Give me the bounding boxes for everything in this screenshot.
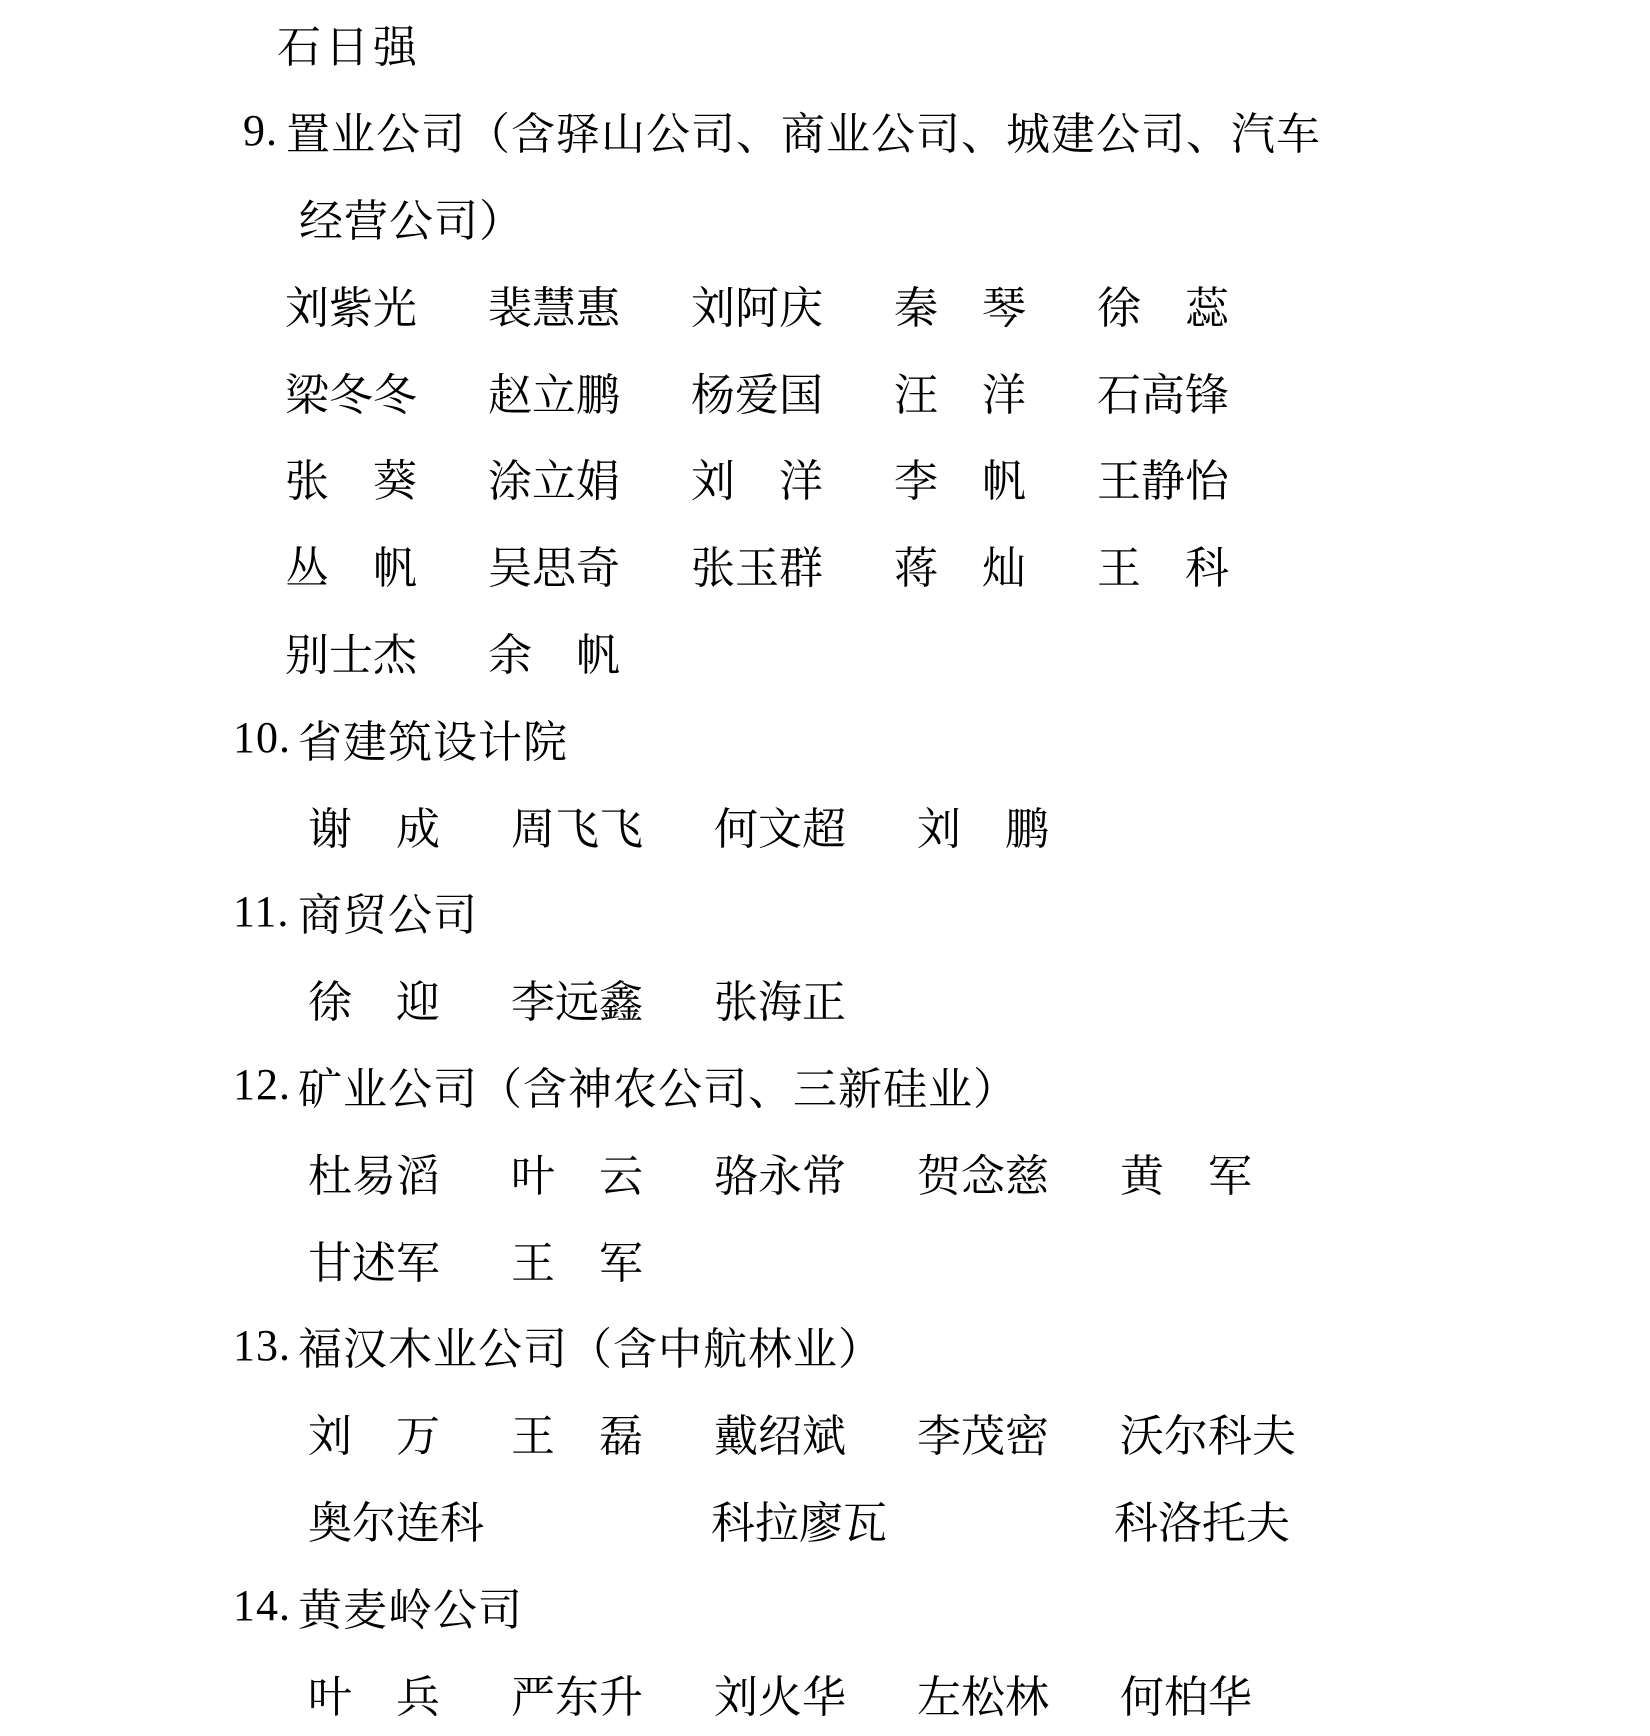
person-name: 刘火华 — [714, 1661, 846, 1725]
section-number: 12. — [233, 1059, 298, 1110]
person-name: 刘 鹏 — [917, 793, 1049, 857]
section-heading-10: 10. 省建筑设计院 — [0, 694, 1650, 781]
section-title: 黄麦岭公司 — [298, 1574, 523, 1638]
person-name: 甘述军 — [308, 1227, 440, 1291]
person-name: 徐 迎 — [308, 966, 440, 1030]
person-name: 戴绍斌 — [714, 1400, 846, 1464]
person-name: 张 葵 — [285, 445, 417, 509]
person-name: 何文超 — [714, 793, 846, 857]
person-name: 吴思奇 — [488, 532, 620, 596]
section-number: 10. — [233, 712, 298, 763]
person-name: 李 帆 — [894, 445, 1026, 509]
person-name: 王 军 — [511, 1227, 643, 1291]
section-number: 14. — [233, 1580, 298, 1631]
person-name: 李茂密 — [917, 1400, 1049, 1464]
section-number: 13. — [233, 1320, 298, 1371]
document-page: 石日强 9. 置业公司（含驿山公司、商业公司、城建公司、汽车 经营公司） 刘紫光… — [0, 0, 1650, 1736]
person-name: 叶 云 — [511, 1140, 643, 1204]
person-name: 左松林 — [917, 1661, 1049, 1725]
section-heading-12: 12. 矿业公司（含神农公司、三新硅业） — [0, 1042, 1650, 1129]
person-name: 沃尔科夫 — [1120, 1400, 1296, 1464]
person-name: 科洛托夫 — [1114, 1487, 1290, 1551]
person-name: 张海正 — [714, 966, 846, 1030]
name-row: 刘 万 王 磊 戴绍斌 李茂密 沃尔科夫 — [0, 1389, 1650, 1476]
section-title-continuation: 经营公司） — [0, 174, 1650, 261]
section-title: 省建筑设计院 — [298, 706, 568, 770]
person-name: 汪 洋 — [894, 359, 1026, 423]
name-row: 叶 兵 严东升 刘火华 左松林 何柏华 — [0, 1649, 1650, 1736]
person-name: 科拉廖瓦 — [711, 1487, 887, 1551]
person-name: 石高锋 — [1097, 359, 1229, 423]
section-heading-11: 11. 商贸公司 — [0, 868, 1650, 955]
person-name: 叶 兵 — [308, 1661, 440, 1725]
person-name: 余 帆 — [488, 619, 620, 683]
person-name: 张玉群 — [691, 532, 823, 596]
name-row: 张 葵 涂立娟 刘 洋 李 帆 王静怡 — [0, 434, 1650, 521]
person-name: 刘紫光 — [285, 272, 417, 336]
person-name: 周飞飞 — [511, 793, 643, 857]
person-name: 丛 帆 — [285, 532, 417, 596]
person-name: 黄 军 — [1120, 1140, 1252, 1204]
name-row: 杜易滔 叶 云 骆永常 贺念慈 黄 军 — [0, 1128, 1650, 1215]
person-name: 蒋 灿 — [894, 532, 1026, 596]
section-title: 矿业公司（含神农公司、三新硅业） — [298, 1053, 1018, 1117]
person-name: 刘 洋 — [691, 445, 823, 509]
continuation-name: 石日强 — [0, 0, 1650, 87]
section-number: 11. — [233, 886, 298, 937]
person-name: 奥尔连科 — [308, 1487, 484, 1551]
name-row: 徐 迎 李远鑫 张海正 — [0, 955, 1650, 1042]
name-row: 别士杰 余 帆 — [0, 608, 1650, 695]
name-row: 梁冬冬 赵立鹏 杨爱国 汪 洋 石高锋 — [0, 347, 1650, 434]
section-heading-9: 9. 置业公司（含驿山公司、商业公司、城建公司、汽车 — [0, 87, 1650, 174]
section-title: 置业公司（含驿山公司、商业公司、城建公司、汽车 — [286, 98, 1321, 162]
person-name: 杜易滔 — [308, 1140, 440, 1204]
name-row: 丛 帆 吴思奇 张玉群 蒋 灿 王 科 — [0, 521, 1650, 608]
person-name: 李远鑫 — [511, 966, 643, 1030]
person-name: 徐 蕊 — [1097, 272, 1229, 336]
person-name: 别士杰 — [285, 619, 417, 683]
person-name: 王 磊 — [511, 1400, 643, 1464]
person-name: 谢 成 — [308, 793, 440, 857]
person-name: 王静怡 — [1097, 445, 1229, 509]
section-number: 9. — [243, 105, 286, 156]
person-name: 涂立娟 — [488, 445, 620, 509]
person-name: 何柏华 — [1120, 1661, 1252, 1725]
person-name: 王 科 — [1097, 532, 1229, 596]
section-heading-14: 14. 黄麦岭公司 — [0, 1562, 1650, 1649]
name-row: 刘紫光 裴慧惠 刘阿庆 秦 琴 徐 蕊 — [0, 260, 1650, 347]
person-name: 杨爱国 — [691, 359, 823, 423]
name-row: 甘述军 王 军 — [0, 1215, 1650, 1302]
name-row: 谢 成 周飞飞 何文超 刘 鹏 — [0, 781, 1650, 868]
person-name: 刘 万 — [308, 1400, 440, 1464]
person-name: 骆永常 — [714, 1140, 846, 1204]
name-row: 奥尔连科 科拉廖瓦 科洛托夫 — [0, 1476, 1650, 1563]
person-name: 刘阿庆 — [691, 272, 823, 336]
person-name: 梁冬冬 — [285, 359, 417, 423]
person-name: 裴慧惠 — [488, 272, 620, 336]
person-name: 贺念慈 — [917, 1140, 1049, 1204]
person-name: 赵立鹏 — [488, 359, 620, 423]
section-title: 福汉木业公司（含中航林业） — [298, 1313, 883, 1377]
section-title: 商贸公司 — [298, 879, 478, 943]
person-name: 严东升 — [511, 1661, 643, 1725]
person-name: 秦 琴 — [894, 272, 1026, 336]
section-heading-13: 13. 福汉木业公司（含中航林业） — [0, 1302, 1650, 1389]
